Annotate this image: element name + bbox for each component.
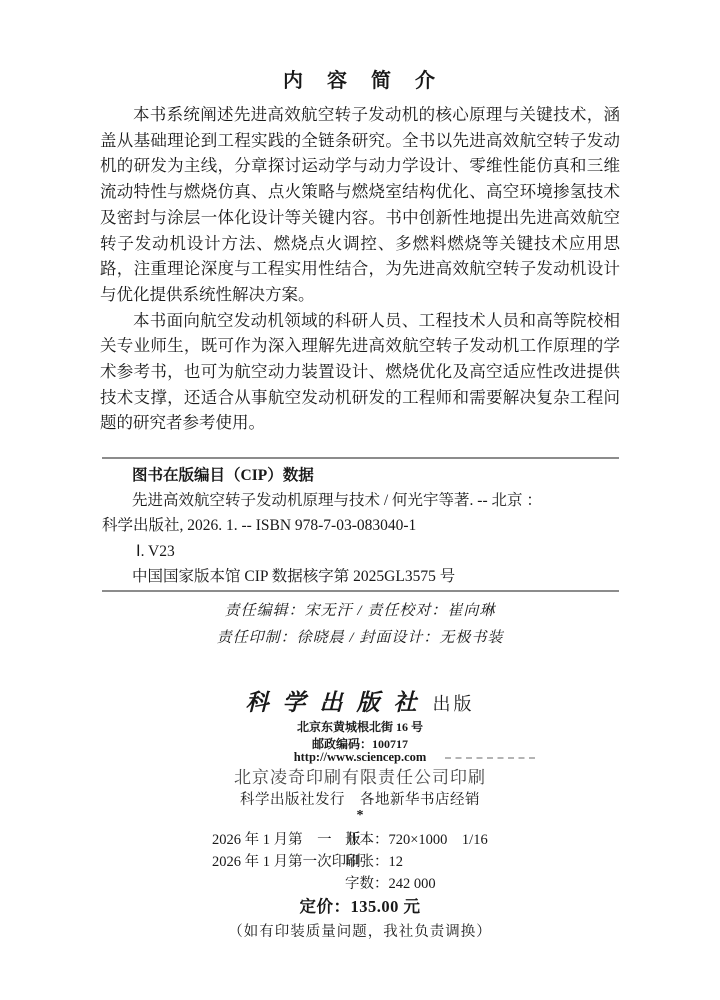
- quality-exchange-note: （如有印装质量问题，我社负责调换）: [0, 920, 720, 941]
- cip-heading: 图书在版编目（CIP）数据: [102, 463, 619, 488]
- sheets-spec: 印张：12: [345, 852, 403, 874]
- publish-label: 出版: [433, 694, 475, 714]
- printing-date: 2026 年 1 月第一次印刷: [212, 852, 345, 874]
- editorial-credits: 责任编辑：宋无汗 / 责任校对：崔向琳 责任印制：徐晓晨 / 封面设计：无极书装: [0, 598, 720, 652]
- format-spec: 开本：720×1000 1/16: [345, 830, 488, 852]
- printing-cover-design-line: 责任印制：徐晓晨 / 封面设计：无极书装: [0, 625, 720, 652]
- price: 定价：135.00 元: [0, 893, 720, 917]
- editor-proofreader-line: 责任编辑：宋无汗 / 责任校对：崔向琳: [0, 598, 720, 625]
- summary-paragraph-1: 本书系统阐述先进高效航空转子发动机的核心原理与关键技术，涵盖从基础理论到工程实践…: [100, 102, 620, 308]
- content-summary: 本书系统阐述先进高效航空转子发动机的核心原理与关键技术，涵盖从基础理论到工程实践…: [100, 102, 620, 436]
- science-press-logo: 科学出版社: [246, 690, 431, 715]
- edition-row-version: 2026 年 1 月第 一 版 开本：720×1000 1/16: [212, 830, 488, 852]
- edition-row-printing: 2026 年 1 月第一次印刷 印张：12: [212, 852, 488, 874]
- publisher-address: 北京东黄城根北街 16 号: [0, 718, 720, 735]
- cip-data-block: 图书在版编目（CIP）数据 先进高效航空转子发动机原理与技术 / 何光宇等著. …: [102, 463, 619, 589]
- scan-artifact: [445, 757, 535, 759]
- content-summary-title: 内 容 简 介: [0, 64, 720, 93]
- cip-publisher-isbn-line: 科学出版社, 2026. 1. -- ISBN 978-7-03-083040-…: [102, 513, 619, 538]
- cip-record-number-line: 中国国家版本馆 CIP 数据核字第 2025GL3575 号: [102, 564, 619, 589]
- cip-classification-line: Ⅰ. V23: [102, 539, 619, 564]
- book-copyright-page: 内 容 简 介 本书系统阐述先进高效航空转子发动机的核心原理与关键技术，涵盖从基…: [0, 0, 720, 1000]
- printer-line: 北京凌奇印刷有限责任公司印刷: [0, 763, 720, 788]
- asterisk-separator: *: [0, 808, 720, 824]
- divider-rule-bottom: [102, 590, 619, 592]
- distribution-line: 科学出版社发行 各地新华书店经销: [0, 788, 720, 809]
- edition-details: 2026 年 1 月第 一 版 开本：720×1000 1/16 2026 年 …: [212, 830, 488, 895]
- cip-title-author-line: 先进高效航空转子发动机原理与技术 / 何光宇等著. -- 北京 ：: [102, 488, 619, 513]
- summary-paragraph-2: 本书面向航空发动机领域的科研人员、工程技术人员和高等院校相关专业师生，既可作为深…: [100, 308, 620, 437]
- publisher-line: 科学出版社出版: [0, 684, 720, 717]
- divider-rule-top: [102, 457, 619, 459]
- edition-date: 2026 年 1 月第 一 版: [212, 830, 345, 852]
